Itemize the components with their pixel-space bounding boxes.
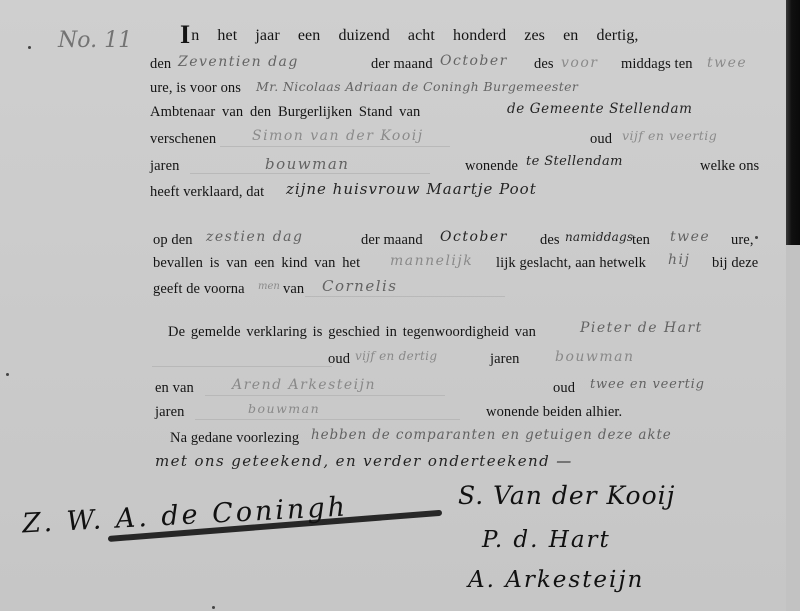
hw-mother: zijne huisvrouw Maartje Poot	[286, 180, 537, 198]
printed-na-gedane-voorlezing: Na gedane voorlezing	[170, 430, 299, 447]
printed-ten: ten	[632, 232, 650, 249]
signature-declarant: S. Van der Kooij	[458, 481, 675, 510]
printed-heeft-verklaard: heeft verklaard, dat	[150, 184, 264, 201]
hw-part-of-day: voor	[561, 55, 598, 71]
paper-speck	[212, 606, 215, 609]
printed-der-maand-2: der maand	[361, 232, 423, 249]
drop-cap: I	[180, 20, 190, 49]
hw-name-suffix: men	[258, 281, 280, 292]
printed-verschenen: verschenen	[150, 131, 216, 148]
printed-der-maand: der maand	[371, 56, 433, 73]
signature-witness2: A. Arkesteijn	[468, 567, 644, 593]
document-page: No. 11 In het jaar een duizend acht hond…	[0, 0, 800, 611]
printed-des-2: des	[540, 232, 560, 249]
signature-witness1: P. d. Hart	[482, 527, 611, 553]
hw-witness1-occupation: bouwman	[555, 349, 635, 365]
printed-jaren-3: jaren	[155, 404, 184, 421]
printed-wonende: wonende	[465, 158, 518, 175]
hw-birth-hour: twee	[670, 229, 710, 245]
printed-den: den	[150, 56, 171, 73]
hw-residence: te Stellendam	[526, 154, 623, 169]
printed-op-den: op den	[153, 232, 193, 249]
hw-declarant: Simon van der Kooij	[252, 128, 424, 144]
printed-ure-is-voor-ons: ure, is voor ons	[150, 80, 241, 97]
paper-speck	[755, 236, 758, 239]
printed-jaren: jaren	[150, 158, 179, 175]
hw-sex: mannelijk	[390, 253, 473, 269]
printed-bevallen: bevallen is van een kind van het	[153, 255, 360, 272]
printed-oud-2: oud	[328, 351, 350, 368]
hw-birth-month: October	[440, 229, 508, 245]
hw-birth-day: zestien dag	[206, 229, 303, 245]
hw-witness1: Pieter de Hart	[580, 320, 703, 336]
heading-line: In het jaar een duizend acht honderd zes…	[180, 20, 639, 50]
hw-official: Mr. Nicolaas Adriaan de Coningh Burgemee…	[256, 79, 578, 94]
hw-witness1-age: vijf en dertig	[355, 349, 437, 363]
paper-speck	[28, 46, 31, 49]
hw-hour: twee	[707, 55, 747, 71]
hw-closing2: met ons geteekend, en verder onderteeken…	[155, 452, 573, 470]
hw-month: October	[440, 53, 508, 69]
printed-ambtenaar: Ambtenaar van den Burgerlijken Stand van	[150, 104, 420, 121]
hw-witness2-occupation: bouwman	[248, 401, 320, 416]
printed-jaren-2: jaren	[490, 351, 519, 368]
printed-ure: ure,	[731, 232, 754, 249]
hw-witness2: Arend Arkesteijn	[232, 377, 376, 393]
hw-municipality: de Gemeente Stellendam	[507, 101, 693, 117]
hw-witness2-age: twee en veertig	[590, 377, 705, 392]
printed-oud-3: oud	[553, 380, 575, 397]
printed-middags-ten: middags ten	[621, 56, 693, 73]
record-number: No. 11	[58, 28, 132, 53]
printed-oud: oud	[590, 131, 612, 148]
printed-lijk-geslacht: lijk geslacht, aan hetwelk	[496, 255, 646, 272]
page-edge	[786, 245, 800, 611]
hw-occupation: bouwman	[265, 155, 349, 173]
printed-en-van: en van	[155, 380, 194, 397]
printed-gemelde-verklaring: De gemelde verklaring is geschied in teg…	[168, 324, 536, 341]
printed-wonende-beiden: wonende beiden alhier.	[486, 404, 622, 421]
printed-geeft-de-voorna: geeft de voorna	[153, 281, 245, 298]
paper-speck	[6, 373, 9, 376]
printed-bij-deze: bij deze	[712, 255, 758, 272]
printed-des: des	[534, 56, 554, 73]
hw-child-name: Cornelis	[322, 277, 398, 295]
hw-day: Zeventien dag	[178, 54, 299, 70]
printed-welke-ons: welke ons	[700, 158, 759, 175]
hw-birth-part: namiddags	[565, 230, 633, 244]
hw-pronoun: hij	[668, 252, 690, 268]
hw-declarant-age: vijf en veertig	[622, 128, 717, 143]
hw-closing1: hebben de comparanten en getuigen deze a…	[311, 427, 672, 443]
heading-text: n het jaar een duizend acht honderd zes …	[191, 27, 638, 44]
printed-van: van	[283, 281, 304, 298]
page-edge-shadow	[786, 0, 800, 245]
